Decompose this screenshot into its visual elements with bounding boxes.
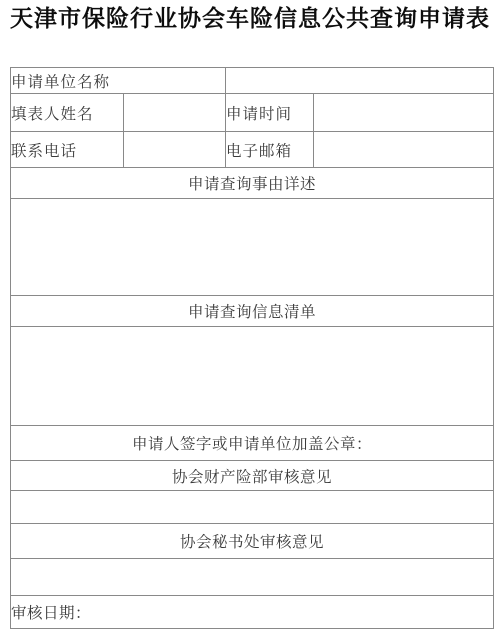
applicant-unit-value-cell[interactable] (226, 68, 494, 94)
inquiry-info-list-header: 申请查询信息清单 (11, 296, 494, 327)
row-inquiry-reason-content (11, 199, 494, 296)
application-time-value-cell[interactable] (314, 94, 494, 132)
form-table: 申请单位名称 填表人姓名 申请时间 联系电话 电子邮箱 申请查询事由详述 (10, 67, 494, 629)
row-filler-and-time: 填表人姓名 申请时间 (11, 94, 494, 132)
row-property-dept-content (11, 491, 494, 524)
row-inquiry-info-list-content (11, 327, 494, 426)
row-signature: 申请人签字或申请单位加盖公章： (11, 426, 494, 461)
application-time-label: 申请时间 (226, 94, 314, 132)
inquiry-reason-content-cell[interactable] (11, 199, 494, 296)
inquiry-info-list-content-cell[interactable] (11, 327, 494, 426)
review-date-cell[interactable]: 审核日期： (11, 596, 494, 629)
row-inquiry-reason-header: 申请查询事由详述 (11, 168, 494, 199)
inquiry-reason-header: 申请查询事由详述 (11, 168, 494, 199)
row-inquiry-info-list-header: 申请查询信息清单 (11, 296, 494, 327)
page-title: 天津市保险行业协会车险信息公共查询申请表 (0, 4, 500, 34)
contact-phone-value-cell[interactable] (124, 132, 226, 168)
filler-name-label: 填表人姓名 (11, 94, 124, 132)
row-review-date: 审核日期： (11, 596, 494, 629)
email-value-cell[interactable] (314, 132, 494, 168)
signature-or-seal-label: 申请人签字或申请单位加盖公章： (11, 426, 494, 461)
row-secretariat-header: 协会秘书处审核意见 (11, 524, 494, 559)
row-property-dept-header: 协会财产险部审核意见 (11, 461, 494, 491)
filler-name-value-cell[interactable] (124, 94, 226, 132)
property-dept-review-header: 协会财产险部审核意见 (11, 461, 494, 491)
applicant-unit-label: 申请单位名称 (11, 68, 226, 94)
row-phone-and-email: 联系电话 电子邮箱 (11, 132, 494, 168)
contact-phone-label: 联系电话 (11, 132, 124, 168)
property-dept-review-content-cell[interactable] (11, 491, 494, 524)
row-secretariat-content (11, 559, 494, 596)
email-label: 电子邮箱 (226, 132, 314, 168)
secretariat-review-header: 协会秘书处审核意见 (11, 524, 494, 559)
review-date-label: 审核日期： (11, 605, 91, 622)
row-applicant-unit: 申请单位名称 (11, 68, 494, 94)
form-page: 天津市保险行业协会车险信息公共查询申请表 申请单位名称 填表人姓名 申请时间 联… (0, 0, 500, 636)
secretariat-review-content-cell[interactable] (11, 559, 494, 596)
